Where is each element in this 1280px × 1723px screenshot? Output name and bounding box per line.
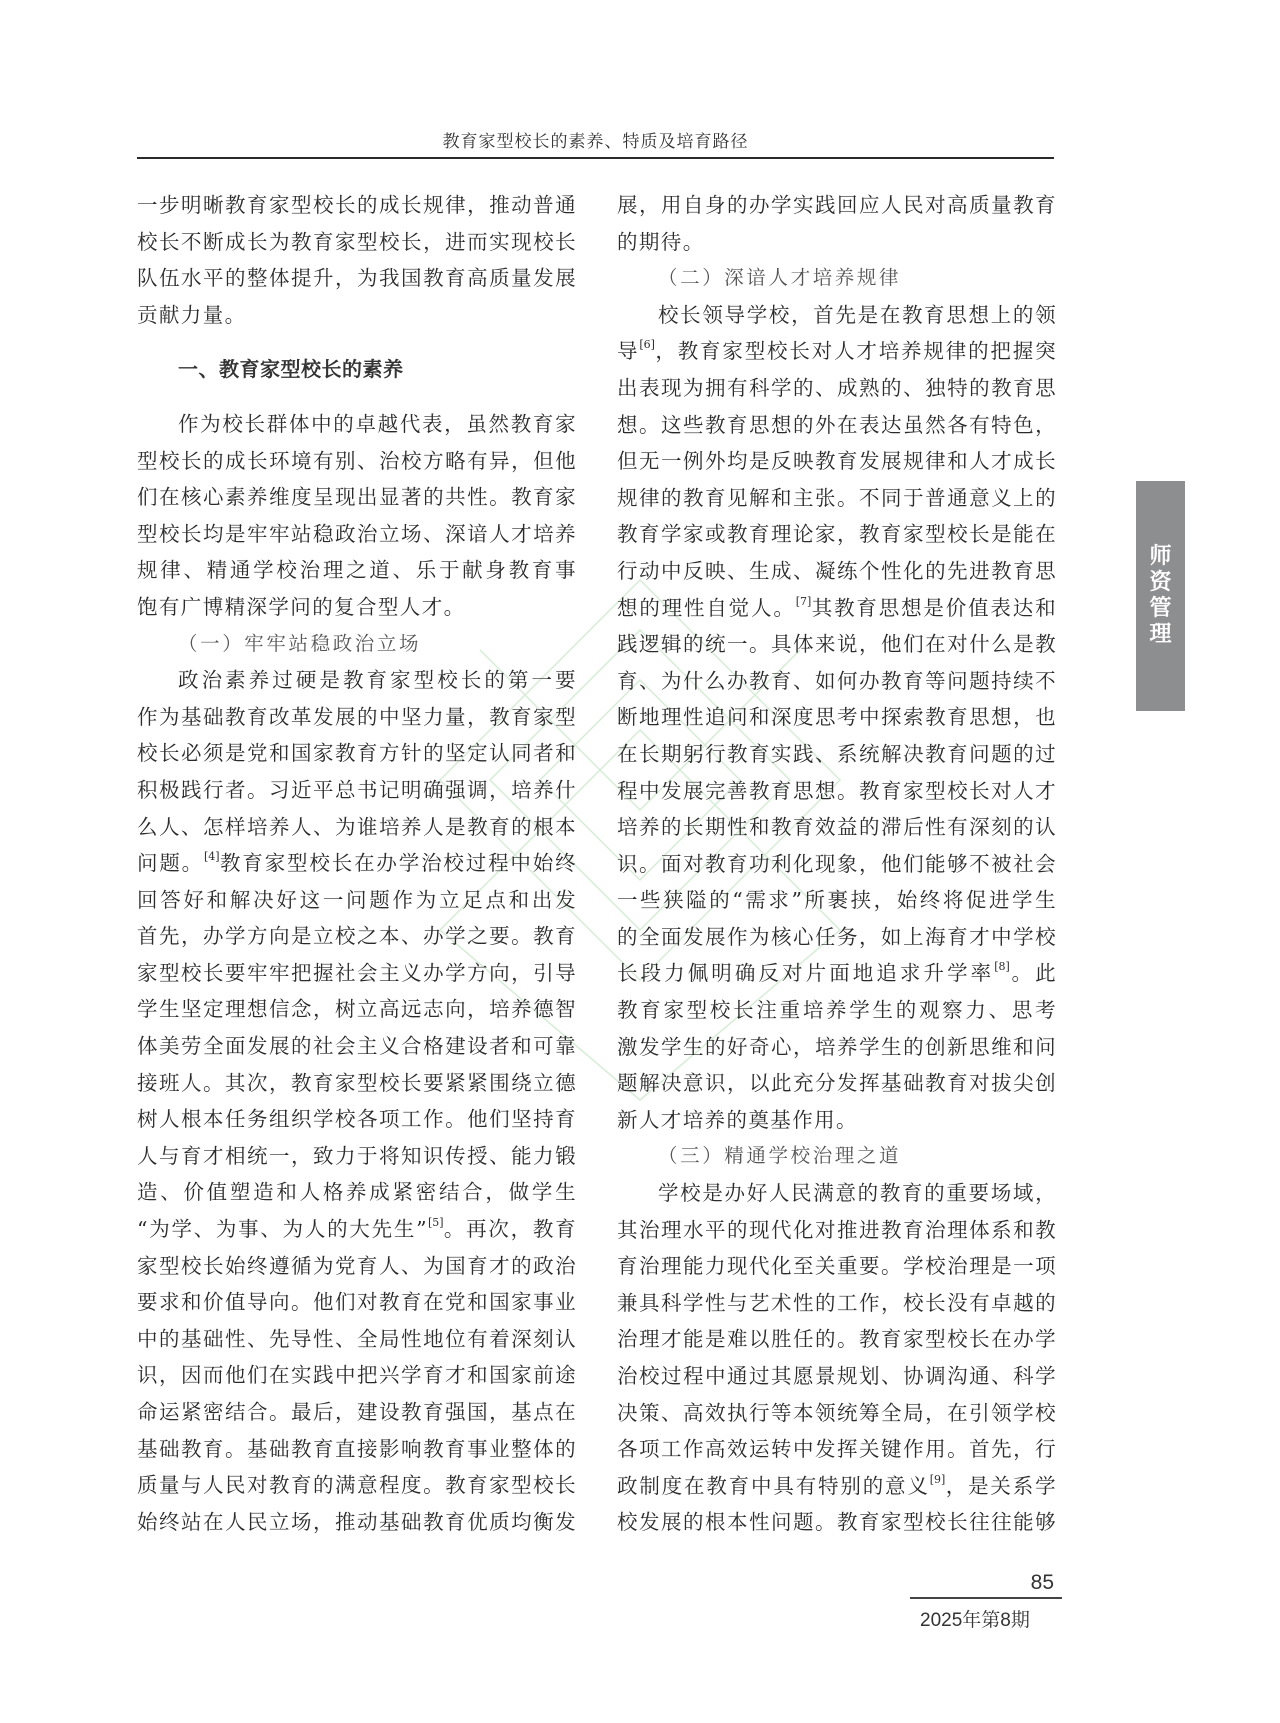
text-line: 始终站在人民立场，推动基础教育优质均衡发 — [137, 1504, 577, 1541]
spacer — [137, 333, 577, 351]
text-line: 出表现为拥有科学的、成熟的、独特的教育思 — [617, 370, 1057, 407]
line-text: 决策、高效执行等本领统筹全局，在引领学校 — [617, 1401, 1057, 1425]
text-line: 校长必须是党和国家教育方针的坚定认同者和 — [137, 735, 577, 772]
line-text: 积极践行者。习近平总书记明确强调，培养什 — [137, 778, 577, 802]
text-line: 家型校长始终遵循为党育人、为国育才的政治 — [137, 1248, 577, 1285]
text-line: 想的理性自觉人。[7]其教育思想是价值表达和实 — [617, 590, 1057, 627]
line-text: 回答好和解决好这一问题作为立足点和出发点。 — [137, 888, 577, 919]
line-text: 政制度在教育中具有特别的意义 — [617, 1474, 930, 1498]
right-column: 展，用自身的办学实践回应人民对高质量教育的期待。（二）深谙人才培养规律校长领导学… — [617, 187, 1057, 1541]
line-text: 激发学生的好奇心，培养学生的创新思维和问 — [617, 1035, 1057, 1059]
text-line: 人与育才相统一，致力于将知识传授、能力锻 — [137, 1138, 577, 1175]
text-line: 造、价值塑造和人格养成紧密结合，做学生 — [137, 1174, 577, 1211]
line-text: 在长期躬行教育实践、系统解决教育问题的过 — [617, 742, 1057, 766]
line-text: “为学、为事、为人的大先生” — [137, 1217, 428, 1241]
text-line: 命运紧密结合。最后，建设教育强国，基点在 — [137, 1394, 577, 1431]
line-text: 想的理性自觉人。 — [617, 596, 796, 620]
line-text: 一步明晰教育家型校长的成长规律，推动普通 — [137, 193, 577, 217]
text-line: 首先，办学方向是立校之本、办学之要。教育 — [137, 918, 577, 955]
page-number: 85 — [1000, 1571, 1054, 1595]
section-tab: 师 资 管 理 — [1136, 481, 1185, 711]
line-text: 基础教育。基础教育直接影响教育事业整体的 — [137, 1437, 577, 1461]
text-line: 培养的长期性和教育效益的滞后性有深刻的认 — [617, 809, 1057, 846]
text-line: 型校长均是牢牢站稳政治立场、深谙人才培养 — [137, 516, 577, 553]
line-text: 型校长的成长环境有别、治校方略有异，但他 — [137, 449, 577, 473]
text-line: 树人根本任务组织学校各项工作。他们坚持育 — [137, 1101, 577, 1138]
text-line: 基础教育。基础教育直接影响教育事业整体的 — [137, 1431, 577, 1468]
text-line: 各项工作高效运转中发挥关键作用。首先，行 — [617, 1431, 1057, 1468]
line-text: 造、价值塑造和人格养成紧密结合，做学生 — [137, 1180, 577, 1204]
line-text: 体美劳全面发展的社会主义合格建设者和可靠 — [137, 1034, 577, 1058]
citation-ref: [9] — [930, 1473, 946, 1486]
text-line: 践逻辑的统一。具体来说，他们在对什么是教 — [617, 626, 1057, 663]
text-line: 识，因而他们在实践中把兴学育才和国家前途 — [137, 1357, 577, 1394]
line-text: 育治理能力现代化至关重要。学校治理是一项 — [617, 1254, 1057, 1278]
line-text: ，是关系学 — [945, 1474, 1057, 1498]
text-line: 学校是办好人民满意的教育的重要场域， — [617, 1175, 1057, 1212]
line-text: （一）牢牢站稳政治立场 — [178, 632, 421, 655]
text-line: 程中发展完善教育思想。教育家型校长对人才 — [617, 773, 1057, 810]
line-text: 。再次，教育 — [444, 1217, 577, 1241]
subsection-heading: （三）精通学校治理之道 — [617, 1138, 1057, 1175]
line-text: 质量与人民对教育的满意程度。教育家型校长 — [137, 1473, 577, 1497]
text-line: 政治素养过硬是教育家型校长的第一要求。 — [137, 662, 577, 699]
line-text: 兼具科学性与艺术性的工作，校长没有卓越的 — [617, 1291, 1057, 1315]
text-line: 们在核心素养维度呈现出显著的共性。教育家 — [137, 479, 577, 516]
line-text: 树人根本任务组织学校各项工作。他们坚持育 — [137, 1107, 577, 1131]
line-text: 行动中反映、生成、凝练个性化的先进教育思 — [617, 559, 1057, 583]
line-text: ，教育家型校长对人才培养规律的把握突 — [655, 339, 1057, 363]
line-text: 规律、精通学校治理之道、乐于献身教育事业、 — [137, 558, 577, 589]
line-text: 型校长均是牢牢站稳政治立场、深谙人才培养 — [137, 522, 577, 546]
line-text: 家型校长要牢牢把握社会主义办学方向，引导 — [137, 961, 577, 985]
line-text: 一、教育家型校长的素养 — [178, 357, 404, 381]
citation-ref: [4] — [204, 850, 220, 863]
text-line: 断地理性追问和深度思考中探索教育思想，也 — [617, 699, 1057, 736]
footer-rule — [910, 1597, 1062, 1599]
line-text: 导 — [617, 339, 639, 363]
text-line: 体美劳全面发展的社会主义合格建设者和可靠 — [137, 1028, 577, 1065]
text-line: 其治理水平的现代化对推进教育治理体系和教 — [617, 1212, 1057, 1249]
text-line: 育治理能力现代化至关重要。学校治理是一项 — [617, 1248, 1057, 1285]
line-text: 命运紧密结合。最后，建设教育强国，基点在 — [137, 1400, 577, 1424]
line-text: 断地理性追问和深度思考中探索教育思想，也 — [617, 705, 1057, 729]
line-text: 学生坚定理想信念，树立高远志向，培养德智 — [137, 997, 577, 1021]
text-line: 要求和价值导向。他们对教育在党和国家事业 — [137, 1284, 577, 1321]
text-line: 校长领导学校，首先是在教育思想上的领 — [617, 297, 1057, 334]
line-text: 规律的教育见解和主张。不同于普通意义上的 — [617, 486, 1057, 510]
text-line: 饱有广博精深学问的复合型人才。 — [137, 589, 577, 626]
text-line: 兼具科学性与艺术性的工作，校长没有卓越的 — [617, 1285, 1057, 1322]
text-line: 队伍水平的整体提升，为我国教育高质量发展 — [137, 260, 577, 297]
text-line: 行动中反映、生成、凝练个性化的先进教育思 — [617, 553, 1057, 590]
running-head: 教育家型校长的素养、特质及培育路径 — [137, 127, 1054, 152]
left-column: 一步明晰教育家型校长的成长规律，推动普通校长不断成长为教育家型校长，进而实现校长… — [137, 187, 577, 1540]
line-text: （二）深谙人才培养规律 — [658, 266, 901, 289]
line-text: 中的基础性、先导性、全局性地位有着深刻认 — [137, 1327, 577, 1351]
line-text: 么人、怎样培养人、为谁培养人是教育的根本 — [137, 815, 577, 839]
line-text: 治理才能是难以胜任的。教育家型校长在办学 — [617, 1327, 1057, 1351]
spacer — [137, 388, 577, 406]
subsection-heading: （一）牢牢站稳政治立场 — [137, 626, 577, 663]
text-line: 质量与人民对教育的满意程度。教育家型校长 — [137, 1467, 577, 1504]
line-text: 饱有广博精深学问的复合型人才。 — [137, 595, 466, 619]
text-line: 治校过程中通过其愿景规划、协调沟通、科学 — [617, 1358, 1057, 1395]
text-line: 治理才能是难以胜任的。教育家型校长在办学 — [617, 1321, 1057, 1358]
line-text: 校发展的根本性问题。教育家型校长往往能够 — [617, 1510, 1057, 1534]
text-line: 作为校长群体中的卓越代表，虽然教育家 — [137, 406, 577, 443]
text-line: 规律、精通学校治理之道、乐于献身教育事业、 — [137, 552, 577, 589]
text-line: “为学、为事、为人的大先生”[5]。再次，教育 — [137, 1211, 577, 1248]
citation-ref: [5] — [428, 1216, 444, 1229]
line-text: 展，用自身的办学实践回应人民对高质量教育 — [617, 193, 1057, 217]
text-line: 长段力佩明确反对片面地追求升学率[8]。此外， — [617, 955, 1057, 992]
line-text: 长段力佩明确反对片面地追求升学率 — [617, 961, 994, 985]
text-line: 但无一例外均是反映教育发展规律和人才成长 — [617, 443, 1057, 480]
line-text: 作为校长群体中的卓越代表，虽然教育家 — [178, 412, 577, 436]
line-text: 接班人。其次，教育家型校长要紧紧围绕立德 — [137, 1071, 577, 1095]
text-line: 型校长的成长环境有别、治校方略有异，但他 — [137, 443, 577, 480]
text-line: 规律的教育见解和主张。不同于普通意义上的 — [617, 480, 1057, 517]
line-text: 校长领导学校，首先是在教育思想上的领 — [658, 303, 1057, 327]
text-line: 教育家型校长注重培养学生的观察力、思考力， — [617, 992, 1057, 1029]
line-text: 出表现为拥有科学的、成熟的、独特的教育思 — [617, 376, 1057, 400]
text-line: 校长不断成长为教育家型校长，进而实现校长 — [137, 224, 577, 261]
line-text: 其治理水平的现代化对推进教育治理体系和教 — [617, 1218, 1057, 1242]
text-line: 识。面对教育功利化现象，他们能够不被社会 — [617, 846, 1057, 883]
text-line: 育、为什么办教育、如何办教育等问题持续不 — [617, 663, 1057, 700]
line-text: 政治素养过硬是教育家型校长的第一要求。 — [178, 668, 577, 699]
line-text: 程中发展完善教育思想。教育家型校长对人才 — [617, 779, 1057, 803]
text-line: 学生坚定理想信念，树立高远志向，培养德智 — [137, 991, 577, 1028]
header-rule — [137, 157, 1054, 159]
line-text: 学校是办好人民满意的教育的重要场域， — [658, 1181, 1057, 1205]
line-text: 育、为什么办教育、如何办教育等问题持续不 — [617, 669, 1057, 693]
line-text: 要求和价值导向。他们对教育在党和国家事业 — [137, 1290, 577, 1314]
subsection-heading: （二）深谙人才培养规律 — [617, 260, 1057, 297]
text-line: 导[6]，教育家型校长对人才培养规律的把握突 — [617, 333, 1057, 370]
line-text: 践逻辑的统一。具体来说，他们在对什么是教 — [617, 632, 1057, 656]
text-line: 教育学家或教育理论家，教育家型校长是能在 — [617, 516, 1057, 553]
line-text: 始终站在人民立场，推动基础教育优质均衡发 — [137, 1510, 577, 1534]
section-tab-label: 师 资 管 理 — [1136, 543, 1185, 647]
line-text: 作为基础教育改革发展的中坚力量，教育家型 — [137, 705, 577, 729]
line-text: 题解决意识，以此充分发挥基础教育对拔尖创 — [617, 1071, 1057, 1095]
text-line: 激发学生的好奇心，培养学生的创新思维和问 — [617, 1029, 1057, 1066]
line-text: 新人才培养的奠基作用。 — [617, 1108, 858, 1132]
issue-label: 2025年第8期 — [920, 1605, 1060, 1632]
line-text: 们在核心素养维度呈现出显著的共性。教育家 — [137, 485, 577, 509]
citation-ref: [8] — [994, 960, 1010, 973]
line-text: 治校过程中通过其愿景规划、协调沟通、科学 — [617, 1364, 1057, 1388]
text-line: 问题。[4]教育家型校长在办学治校过程中始终把 — [137, 845, 577, 882]
text-line: 在长期躬行教育实践、系统解决教育问题的过 — [617, 736, 1057, 773]
line-text: 的全面发展作为核心任务，如上海育才中学校 — [617, 925, 1057, 949]
line-text: 教育家型校长注重培养学生的观察力、思考力， — [617, 998, 1057, 1029]
text-line: 政制度在教育中具有特别的意义[9]，是关系学 — [617, 1468, 1057, 1505]
text-line: 么人、怎样培养人、为谁培养人是教育的根本 — [137, 809, 577, 846]
line-text: 想。这些教育思想的外在表达虽然各有特色， — [617, 413, 1057, 437]
line-text: 校长必须是党和国家教育方针的坚定认同者和 — [137, 741, 577, 765]
text-line: 家型校长要牢牢把握社会主义办学方向，引导 — [137, 955, 577, 992]
line-text: 教育学家或教育理论家，教育家型校长是能在 — [617, 522, 1057, 546]
line-text: 培养的长期性和教育效益的滞后性有深刻的认 — [617, 815, 1057, 839]
section-heading: 一、教育家型校长的素养 — [137, 351, 577, 388]
text-line: 作为基础教育改革发展的中坚力量，教育家型 — [137, 699, 577, 736]
line-text: 人与育才相统一，致力于将知识传授、能力锻 — [137, 1144, 577, 1168]
text-line: 回答好和解决好这一问题作为立足点和出发点。 — [137, 882, 577, 919]
text-line: 积极践行者。习近平总书记明确强调，培养什 — [137, 772, 577, 809]
line-text: 识。面对教育功利化现象，他们能够不被社会 — [617, 852, 1057, 876]
line-text: （三）精通学校治理之道 — [658, 1144, 901, 1167]
line-text: 一些狭隘的“需求”所裹挟，始终将促进学生 — [617, 888, 1057, 912]
text-line: 接班人。其次，教育家型校长要紧紧围绕立德 — [137, 1065, 577, 1102]
line-text: 各项工作高效运转中发挥关键作用。首先，行 — [617, 1437, 1057, 1461]
citation-ref: [6] — [639, 338, 655, 351]
text-line: 决策、高效执行等本领统筹全局，在引领学校 — [617, 1395, 1057, 1432]
line-text: 队伍水平的整体提升，为我国教育高质量发展 — [137, 266, 577, 290]
line-text: 识，因而他们在实践中把兴学育才和国家前途 — [137, 1363, 577, 1387]
text-line: 一些狭隘的“需求”所裹挟，始终将促进学生 — [617, 882, 1057, 919]
text-line: 新人才培养的奠基作用。 — [617, 1102, 1057, 1139]
line-text: 贡献力量。 — [137, 303, 247, 327]
line-text: 校长不断成长为教育家型校长，进而实现校长 — [137, 230, 577, 254]
line-text: 的期待。 — [617, 230, 705, 254]
line-text: 首先，办学方向是立校之本、办学之要。教育 — [137, 924, 577, 948]
text-line: 中的基础性、先导性、全局性地位有着深刻认 — [137, 1321, 577, 1358]
line-text: 家型校长始终遵循为党育人、为国育才的政治 — [137, 1254, 577, 1278]
line-text: 但无一例外均是反映教育发展规律和人才成长 — [617, 449, 1057, 473]
text-line: 贡献力量。 — [137, 297, 577, 334]
text-line: 的期待。 — [617, 224, 1057, 261]
text-line: 一步明晰教育家型校长的成长规律，推动普通 — [137, 187, 577, 224]
text-line: 展，用自身的办学实践回应人民对高质量教育 — [617, 187, 1057, 224]
text-line: 题解决意识，以此充分发挥基础教育对拔尖创 — [617, 1065, 1057, 1102]
text-line: 校发展的根本性问题。教育家型校长往往能够 — [617, 1504, 1057, 1541]
citation-ref: [7] — [796, 595, 812, 608]
line-text: 问题。 — [137, 851, 204, 875]
text-line: 的全面发展作为核心任务，如上海育才中学校 — [617, 919, 1057, 956]
text-line: 想。这些教育思想的外在表达虽然各有特色， — [617, 407, 1057, 444]
